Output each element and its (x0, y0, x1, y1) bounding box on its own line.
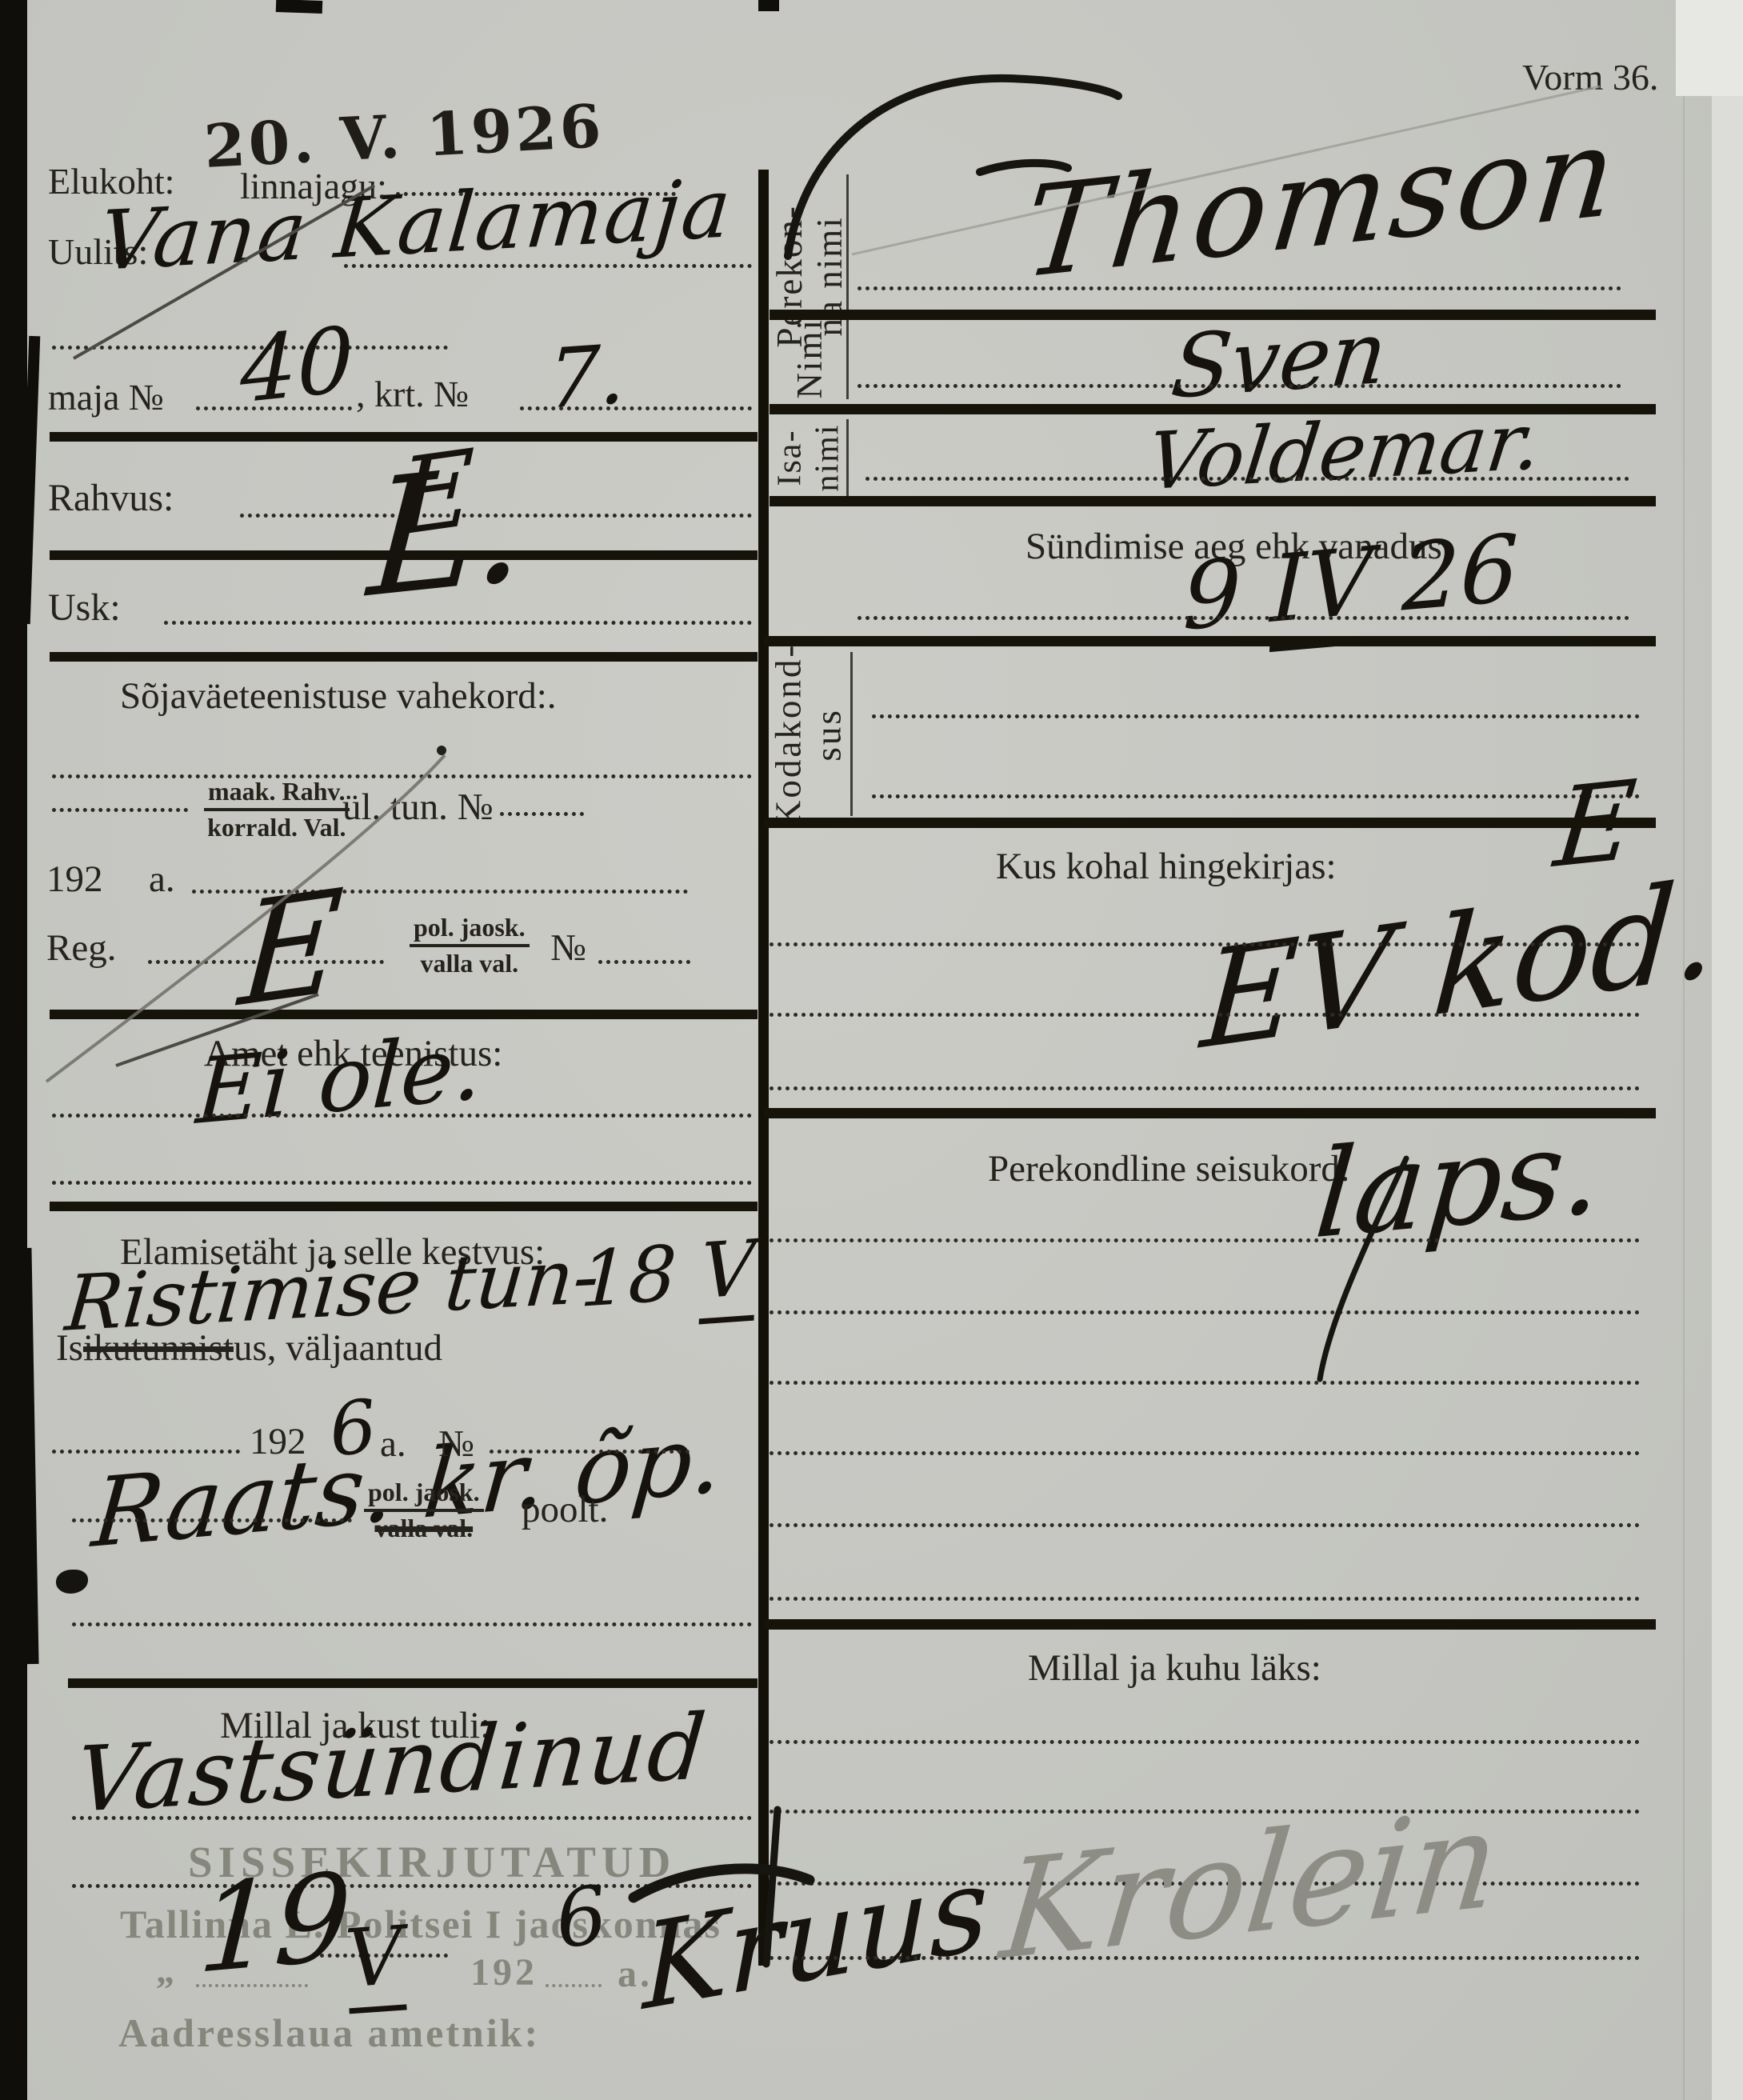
label-kus-kohal: Kus kohal hingekirjas: (996, 845, 1337, 888)
handwriting-stamp-month-glyph: V (342, 1909, 407, 2014)
form-code: Vorm 36. (1522, 56, 1658, 98)
label-sojavaeteenistus: Sõjaväeteenistuse vahekord:. (120, 674, 557, 718)
label-maja-no: maja № (48, 376, 164, 418)
label-valla-val: valla val. (410, 947, 530, 978)
label-isik-suffix: us, väljaantud (234, 1327, 442, 1369)
vertical-label-line: Isa- (772, 423, 810, 491)
dotted-line (52, 1181, 752, 1185)
dotted-line (52, 808, 188, 812)
dotted-line (72, 1518, 352, 1522)
label-a: a. (149, 858, 175, 901)
label-isik-192: 192 (250, 1420, 306, 1463)
dotted-line (872, 714, 1640, 718)
label-usk: Usk: (48, 586, 121, 630)
dotted-line (872, 794, 1640, 798)
dotted-line (500, 812, 584, 816)
vertical-label-line: Nimi (790, 318, 830, 399)
stamp-192: 192 (470, 1950, 538, 1994)
thin-vertical-line (846, 323, 849, 399)
heavy-rule (764, 636, 1656, 646)
dotted-line (770, 1013, 1640, 1017)
stamp-quote: „ (156, 1949, 178, 1991)
dotted-line (770, 1740, 1640, 1744)
dotted-line (52, 1450, 240, 1454)
paper-edge-right (1712, 0, 1743, 2100)
vertical-label-line: sus (809, 642, 849, 826)
vertical-label-isa-nimi: Isa- nimi (766, 418, 853, 498)
dotted-line (196, 406, 352, 410)
handwriting-apartment-no: 7. (546, 326, 627, 427)
dotted-line (770, 1523, 1640, 1527)
dotted-line (770, 942, 1640, 946)
dotted-line (490, 1450, 690, 1454)
handwriting-birth-day: 9 (1182, 539, 1242, 652)
heavy-rule (50, 652, 758, 662)
handwriting-stamp-year-digit: 6 (551, 1868, 612, 1966)
paper-corner-top-right (1676, 0, 1743, 96)
label-isikutunnistus: Isikutunnistus, väljaantud (56, 1326, 442, 1370)
dotted-line (72, 1622, 752, 1626)
label-maak-rahv: maak. Rahv. (204, 778, 350, 811)
dotted-line (598, 960, 690, 964)
heavy-rule (764, 818, 1656, 828)
label-reg: Reg. (46, 926, 116, 970)
dotted-line (770, 1597, 1640, 1601)
scanned-registration-card: Elukoht: linnajagu: 20. V. 1926 Uulits: … (0, 0, 1743, 2100)
scanner-edge-left (0, 0, 27, 2100)
dotted-line (858, 616, 1629, 620)
heavy-rule (50, 1010, 758, 1019)
dotted-line (770, 1086, 1640, 1090)
dotted-line (52, 774, 752, 778)
handwriting-stamp-month: V (342, 1909, 406, 2006)
handwriting-birth-month: IV (1269, 527, 1374, 652)
label-valla-val-2: valla val. (364, 1512, 484, 1542)
label-krt-no: , krt. № (356, 373, 469, 415)
label-isik-a: a. (380, 1422, 406, 1466)
paper-crease-right (1683, 96, 1685, 2100)
dotted-line (858, 384, 1621, 388)
label-pol-jaosk-fraction-2: pol. jaosk. valla val. (364, 1478, 484, 1542)
stamp-dotted-line (546, 1984, 602, 1987)
heavy-rule (68, 1678, 758, 1688)
dotted-line (770, 1238, 1640, 1242)
heavy-rule (50, 1202, 758, 1211)
stamp-ametnik: Aadresslaua ametnik: (118, 2010, 540, 2056)
label-isik-prefix: Is (56, 1327, 83, 1369)
label-isik-no: № (438, 1422, 474, 1466)
dotted-line (858, 286, 1621, 290)
vertical-label-line: nimi (810, 423, 847, 491)
handwriting-permit-day: 18 (578, 1230, 678, 1325)
scanner-edge-tick-top (758, 0, 779, 11)
handwriting-usk-mark: L. (363, 429, 533, 634)
handwriting-issue-year-digit: 6 (326, 1384, 380, 1474)
thin-vertical-line (850, 652, 853, 816)
label-rahvus: Rahvus: (48, 476, 174, 520)
vertical-label-nimi: Nimi (766, 322, 853, 395)
label-pol-jaosk-fraction: pol. jaosk. valla val. (410, 914, 530, 978)
label-perekondline: Perekondline seisukord: (988, 1147, 1350, 1190)
dotted-line (52, 1114, 752, 1118)
dotted-line (72, 1816, 752, 1820)
dotted-line (770, 1381, 1640, 1385)
vertical-label-kodakondsus: Kodakond- sus (762, 654, 856, 814)
handwriting-permit-date: 18 V (578, 1224, 757, 1325)
dotted-line (866, 477, 1629, 481)
label-korrald-val: korrald. Val. (204, 811, 350, 842)
label-pol-jaosk: pol. jaosk. (410, 914, 530, 947)
vertical-label-line: Kodakond- (769, 642, 809, 826)
label-poolt: poolt. (522, 1488, 608, 1531)
label-no-sign: № (550, 926, 586, 970)
thin-vertical-line (846, 419, 849, 496)
dotted-line (520, 406, 752, 410)
label-192: 192 (46, 858, 103, 901)
heavy-rule (770, 496, 1656, 506)
handwriting-first-name: Sven (1167, 302, 1392, 418)
dotted-line (770, 1310, 1640, 1314)
label-maak-rahv-fraction: maak. Rahv. korrald. Val. (204, 778, 350, 842)
label-isik-struck: ikutunnist (83, 1327, 234, 1369)
heavy-rule (764, 1619, 1656, 1630)
handwriting-birth-year: 26 (1401, 514, 1519, 632)
dotted-line (72, 1884, 752, 1888)
dotted-line (770, 1451, 1640, 1455)
label-pol-jaosk-2: pol. jaosk. (364, 1478, 484, 1512)
scanner-edge-tick-top (276, 0, 323, 14)
label-ul-tun-no: ül. tun. № (342, 786, 493, 829)
handwriting-permit-month: V (699, 1224, 758, 1324)
handwriting-stamp-day: 19 (195, 1847, 354, 2001)
label-millal-kuhu: Millal ja kuhu läks: (1028, 1646, 1321, 1690)
